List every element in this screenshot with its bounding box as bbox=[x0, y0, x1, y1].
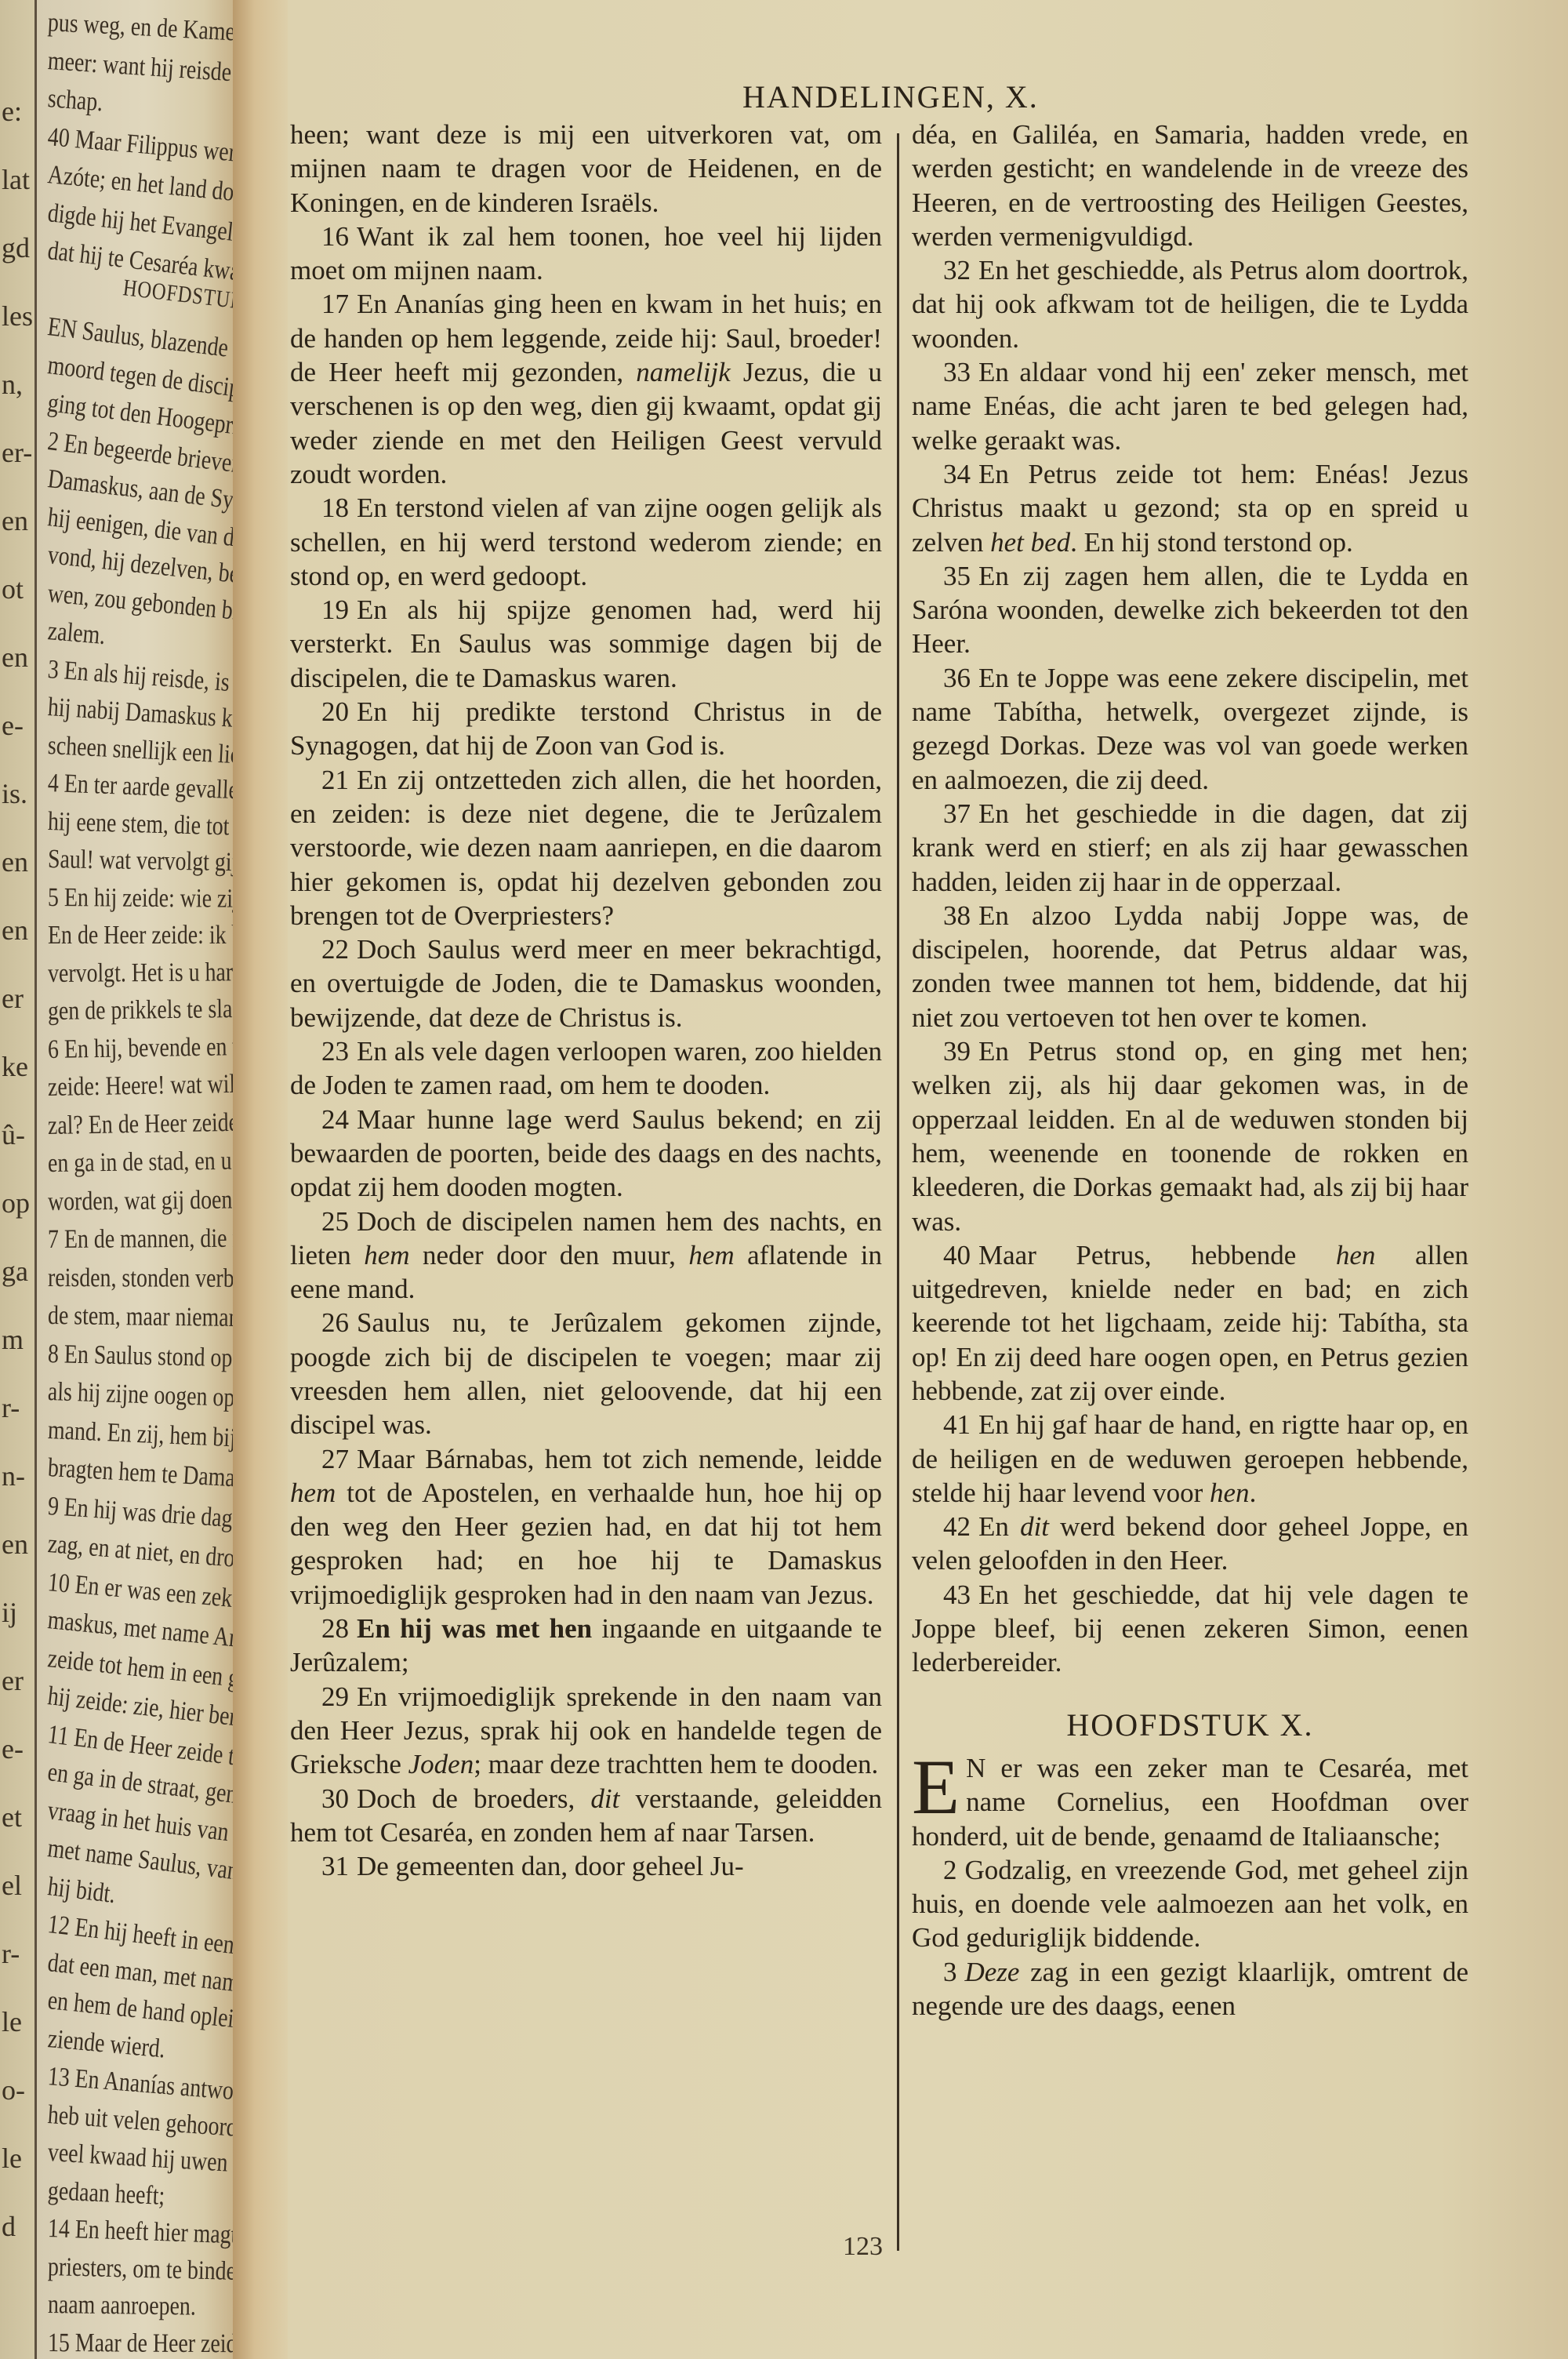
column-rule bbox=[897, 133, 899, 2251]
verse: 31De gemeenten dan, door geheel Ju- bbox=[290, 1849, 882, 1883]
verse-text: heen; want deze is mij een uitverkoren v… bbox=[290, 119, 882, 218]
verse-number: 33 bbox=[943, 357, 971, 387]
curled-page-line: 8 En Saulus stond op van de bbox=[48, 1339, 233, 1375]
verse-number: 3 bbox=[943, 1957, 957, 1987]
previous-page-fragment: et bbox=[2, 1800, 22, 1834]
curled-page-line: 14 En heeft hier magt van bbox=[47, 2214, 233, 2252]
verse: 24Maar hunne lage werd Saulus bekend; en… bbox=[290, 1103, 882, 1205]
italic-text: hen bbox=[1336, 1240, 1376, 1270]
verse-text: tot de Apostelen, en verhaalde hun, hoe … bbox=[290, 1478, 882, 1610]
previous-page-fragment: e- bbox=[2, 708, 24, 743]
previous-page-fragment: e- bbox=[2, 1732, 24, 1766]
verse: 43En het geschiedde, dat hij vele dagen … bbox=[912, 1578, 1468, 1680]
previous-page-fragment: is. bbox=[2, 776, 27, 811]
verse-text: Maar Petrus, hebbende bbox=[978, 1240, 1336, 1270]
verse-number: 31 bbox=[321, 1851, 349, 1881]
drop-cap: E bbox=[912, 1756, 960, 1819]
verse: 28En hij was met hen ingaande en uitgaan… bbox=[290, 1612, 882, 1680]
curled-page-line: En de Heer zeide: ik ben Jezus bbox=[48, 921, 233, 951]
previous-page-fragment: op bbox=[2, 1186, 30, 1220]
verse-text: En hij gaf haar de hand, en rigtte haar … bbox=[912, 1409, 1468, 1508]
curled-page-line: zal? En de Heer zeide tot hem: bbox=[48, 1107, 233, 1141]
verse-text: Doch de broeders, bbox=[357, 1783, 590, 1814]
verse: 40Maar Petrus, hebbende hen allen uitged… bbox=[912, 1238, 1468, 1408]
previous-page-fragment: le bbox=[2, 2141, 22, 2175]
verse-text: En het geschiedde, dat hij vele dagen te… bbox=[912, 1579, 1468, 1678]
verse-text: Godzalig, en vreezende God, met geheel z… bbox=[912, 1855, 1468, 1954]
verse-text: neder door den muur, bbox=[410, 1240, 689, 1270]
previous-page-fragment: r- bbox=[2, 1936, 20, 1971]
previous-page-fragment: er bbox=[2, 981, 24, 1016]
curled-page-line: 9 En hij was drie dagen, bbox=[47, 1492, 233, 1536]
previous-page-fragment: û- bbox=[2, 1118, 25, 1152]
curled-page-line: gen de prikkels te slaan. bbox=[48, 994, 233, 1027]
verse-text: En Petrus stond op, en ging met hen; wel… bbox=[912, 1036, 1468, 1236]
verse-text: déa, en Galiléa, en Samaria, hadden vred… bbox=[912, 119, 1468, 252]
verse-text: . bbox=[1250, 1478, 1257, 1508]
previous-page-fragment: er- bbox=[2, 435, 32, 470]
verse: 23En als vele dagen verloopen waren, zoo… bbox=[290, 1034, 882, 1103]
verse: EN er was een zeker man te Cesaréa, met … bbox=[912, 1751, 1468, 1853]
verse: 16Want ik zal hem toonen, hoe veel hij l… bbox=[290, 220, 882, 288]
verse: 30Doch de broeders, dit verstaande, gele… bbox=[290, 1782, 882, 1850]
curled-page-line: bragten hem te Damaskus. bbox=[47, 1453, 233, 1496]
verse-number: 37 bbox=[943, 798, 971, 829]
verse-text: De gemeenten dan, door geheel Ju- bbox=[357, 1851, 744, 1881]
curled-page-line: als hij zijne oogen opendeed, bbox=[47, 1377, 233, 1416]
verse-text: En zij ontzetteden zich allen, die het h… bbox=[290, 765, 882, 931]
curled-page-line: hij eene stem, die tot hem zeide: bbox=[47, 807, 233, 845]
curled-page-line: zalem. bbox=[46, 616, 106, 651]
italic-text: Joden bbox=[408, 1749, 474, 1779]
bible-page: HANDELINGEN, X. heen; want deze is mij e… bbox=[288, 0, 1568, 2359]
previous-page-fragment: n, bbox=[2, 367, 23, 402]
italic-text: namelijk bbox=[636, 357, 731, 387]
curled-page-line: naam aanroepen. bbox=[48, 2290, 196, 2322]
curled-page-line: 5 En hij zeide: wie zijt gij bbox=[48, 883, 233, 914]
verse-number: 21 bbox=[321, 765, 349, 795]
left-column: heen; want deze is mij een uitverkoren v… bbox=[290, 118, 882, 1883]
italic-text: hem bbox=[364, 1240, 409, 1270]
verse-number: 18 bbox=[321, 493, 349, 523]
previous-page-fragment: el bbox=[2, 1868, 22, 1903]
verse-number: 20 bbox=[321, 696, 349, 727]
right-column: déa, en Galiléa, en Samaria, hadden vred… bbox=[912, 118, 1468, 2023]
verse-text: Maar hunne lage werd Saulus bekend; en z… bbox=[290, 1104, 882, 1203]
verse-text: Saulus nu, te Jerûzalem gekomen zijnde, … bbox=[290, 1307, 882, 1440]
previous-page-fragment: n- bbox=[2, 1459, 25, 1493]
curled-page-line: gedaan heeft; bbox=[47, 2176, 165, 2212]
verse-number: 43 bbox=[943, 1579, 971, 1610]
verse-text: En hij predikte terstond Christus in de … bbox=[290, 696, 882, 761]
verse-text: Want ik zal hem toonen, hoe veel hij lij… bbox=[290, 221, 882, 285]
verse-number: 27 bbox=[321, 1444, 349, 1474]
verse: 22Doch Saulus werd meer en meer bekracht… bbox=[290, 932, 882, 1034]
previous-page-fragment: le bbox=[2, 2005, 22, 2039]
previous-page-fragment: o- bbox=[2, 2073, 25, 2107]
curled-previous-page: pus weg, en de Kamerling zag hem nietmee… bbox=[37, 0, 233, 2359]
verse-text: N er was een zeker man te Cesaréa, met n… bbox=[912, 1753, 1468, 1852]
previous-page-fragment: ij bbox=[2, 1595, 17, 1630]
verse-number: 30 bbox=[321, 1783, 349, 1814]
verse: 34En Petrus zeide tot hem: Enéas! Jezus … bbox=[912, 457, 1468, 559]
verse-text: En als hij spijze genomen had, werd hij … bbox=[290, 594, 882, 693]
verse: 42En dit werd bekend door geheel Joppe, … bbox=[912, 1510, 1468, 1578]
verse-text: En terstond vielen af van zijne oogen ge… bbox=[290, 493, 882, 591]
verse-number: 17 bbox=[321, 289, 349, 319]
previous-page-fragment: en bbox=[2, 845, 28, 879]
verse-text: Maar Bárnabas, hem tot zich nemende, lei… bbox=[357, 1444, 882, 1474]
verse-text: En als vele dagen verloopen waren, zoo h… bbox=[290, 1036, 882, 1100]
verse: 37En het geschiedde in die dagen, dat zi… bbox=[912, 797, 1468, 899]
curled-page-line: en ga in de stad, en u zal gezegd bbox=[48, 1145, 233, 1179]
curled-page-line: zeide: Heere! wat wilt gij, dat bbox=[48, 1068, 233, 1103]
verse-text: En bbox=[978, 1511, 1020, 1542]
page-number: 123 bbox=[843, 2232, 883, 2262]
verse-number: 23 bbox=[321, 1036, 349, 1067]
verse-text: En het geschiedde in die dagen, dat zij … bbox=[912, 798, 1468, 897]
verse: 20En hij predikte terstond Christus in d… bbox=[290, 695, 882, 763]
curled-page-line: worden, wat gij doen moet. bbox=[48, 1184, 233, 1216]
verse-number: 28 bbox=[321, 1613, 349, 1644]
curled-page-line: priesters, om te binden allen bbox=[48, 2252, 233, 2288]
running-head: HANDELINGEN, X. bbox=[742, 78, 1039, 115]
italic-text: hen bbox=[1210, 1478, 1250, 1508]
previous-page-fragment: en bbox=[2, 503, 28, 538]
italic-text: Deze bbox=[965, 1957, 1020, 1987]
verse: 18En terstond vielen af van zijne oogen … bbox=[290, 491, 882, 593]
verse: 36En te Joppe was eene zekere discipelin… bbox=[912, 661, 1468, 797]
verse-number: 22 bbox=[321, 934, 349, 965]
previous-page-fragment: les bbox=[2, 299, 33, 333]
verse: 25Doch de discipelen namen hem des nacht… bbox=[290, 1205, 882, 1307]
verse-number: 32 bbox=[943, 255, 971, 285]
verse: 2Godzalig, en vreezende God, met geheel … bbox=[912, 1853, 1468, 1955]
verse-text: En zij zagen hem allen, die te Lydda en … bbox=[912, 561, 1468, 660]
verse-number: 39 bbox=[943, 1036, 971, 1067]
verse: 17En Ananías ging heen en kwam in het hu… bbox=[290, 287, 882, 491]
verse-number: 16 bbox=[321, 221, 349, 252]
verse: 19En als hij spijze genomen had, werd hi… bbox=[290, 593, 882, 695]
verse-number: 2 bbox=[943, 1855, 957, 1885]
verse-text: En te Joppe was eene zekere discipelin, … bbox=[912, 663, 1468, 795]
curled-page-line: mand. En zij, hem bij de hand bbox=[47, 1416, 233, 1457]
verse: 21En zij ontzetteden zich allen, die het… bbox=[290, 763, 882, 932]
verse: déa, en Galiléa, en Samaria, hadden vred… bbox=[912, 118, 1468, 253]
verse-number: 25 bbox=[321, 1206, 349, 1237]
verse-text: Doch Saulus werd meer en meer bekrachtig… bbox=[290, 934, 882, 1033]
verse-number: 42 bbox=[943, 1511, 971, 1542]
curled-page-line: schap. bbox=[47, 84, 104, 118]
verse: 39En Petrus stond op, en ging met hen; w… bbox=[912, 1034, 1468, 1238]
italic-text: hem bbox=[688, 1240, 734, 1270]
verse: 41En hij gaf haar de hand, en rigtte haa… bbox=[912, 1408, 1468, 1510]
book-gutter bbox=[233, 0, 288, 2359]
verse-number: 36 bbox=[943, 663, 971, 693]
curled-page-line: 4 En ter aarde gevallen zijnde, bbox=[47, 769, 233, 809]
curled-page-line: de stem, maar niemand ziende. bbox=[48, 1301, 233, 1334]
verse-number: 38 bbox=[943, 900, 971, 931]
italic-text: het bed bbox=[990, 527, 1070, 558]
verse-number: 24 bbox=[321, 1104, 349, 1135]
verse-text: En aldaar vond hij een' zeker mensch, me… bbox=[912, 357, 1468, 456]
curled-page-line: 6 En hij, bevende en verbaasd bbox=[48, 1030, 233, 1064]
previous-page-fragment: e: bbox=[2, 94, 22, 129]
curled-page-line: hij bidt. bbox=[46, 1872, 118, 1910]
verse: 26Saulus nu, te Jerûzalem gekomen zijnde… bbox=[290, 1306, 882, 1441]
previous-page-fragment: gd bbox=[2, 231, 30, 265]
previous-page-fragment: r- bbox=[2, 1390, 20, 1425]
italic-text: dit bbox=[590, 1783, 619, 1814]
verse-number: 41 bbox=[943, 1409, 971, 1440]
italic-text: hem bbox=[290, 1478, 336, 1508]
previous-page-fragment: lat bbox=[2, 162, 30, 197]
previous-page-edge: e:latgdlesn,er-enotene-is.enenerkeû-opga… bbox=[0, 0, 34, 2359]
verse-number: 29 bbox=[321, 1681, 349, 1712]
verse: 35En zij zagen hem allen, die te Lydda e… bbox=[912, 559, 1468, 661]
previous-page-fragment: en bbox=[2, 1527, 28, 1561]
curled-page-line: 15 Maar de Heer zeide tot bbox=[48, 2328, 233, 2359]
previous-page-fragment: en bbox=[2, 640, 28, 674]
verse: 32En het geschiedde, als Petrus alom doo… bbox=[912, 253, 1468, 355]
previous-page-fragment: m bbox=[2, 1322, 24, 1357]
chapter-heading: HOOFDSTUK X. bbox=[912, 1708, 1468, 1742]
verse: 3Deze zag in een gezigt klaarlijk, omtre… bbox=[912, 1955, 1468, 2023]
verse: 29En vrijmoediglijk sprekende in den naa… bbox=[290, 1680, 882, 1782]
verse-number: 35 bbox=[943, 561, 971, 591]
verse-text: ; maar deze trachtten hem te dooden. bbox=[474, 1749, 878, 1779]
bold-text: En hij was met hen bbox=[357, 1613, 592, 1644]
curled-page-line: 7 En de mannen, die met hem bbox=[48, 1223, 233, 1255]
verse-number: 34 bbox=[943, 459, 971, 489]
curled-page-line: reisden, stonden verbaasd, hoorende bbox=[48, 1263, 233, 1294]
curled-page-line: ziende wierd. bbox=[46, 2024, 166, 2064]
verse-text: En alzoo Lydda nabij Joppe was, de disci… bbox=[912, 900, 1468, 1033]
verse-number: 40 bbox=[943, 1240, 971, 1270]
verse-text: . En hij stond terstond op. bbox=[1070, 527, 1353, 558]
previous-page-fragment: er bbox=[2, 1663, 24, 1698]
verse: 27Maar Bárnabas, hem tot zich nemende, l… bbox=[290, 1442, 882, 1612]
previous-page-fragment: ga bbox=[2, 1254, 28, 1289]
verse-number: 19 bbox=[321, 594, 349, 625]
curled-page-line: Saul! wat vervolgt gij mij! bbox=[48, 845, 233, 878]
previous-page-fragment: en bbox=[2, 913, 28, 947]
curled-page-line: vervolgt. Het is u hard, de verzenen bbox=[48, 957, 233, 989]
verse-text: En het geschiedde, als Petrus alom doort… bbox=[912, 255, 1468, 354]
curled-page-line: veel kwaad hij uwen heiligen bbox=[47, 2138, 233, 2183]
italic-text: dit bbox=[1020, 1511, 1049, 1542]
verse: 38En alzoo Lydda nabij Joppe was, de dis… bbox=[912, 899, 1468, 1034]
verse-number: 26 bbox=[321, 1307, 349, 1338]
verse: heen; want deze is mij een uitverkoren v… bbox=[290, 118, 882, 220]
previous-page-fragment: d bbox=[2, 2209, 16, 2244]
previous-page-fragment: ot bbox=[2, 572, 24, 606]
curled-page-line: scheen snellijk een licht van den bbox=[47, 731, 233, 775]
verse: 33En aldaar vond hij een' zeker mensch, … bbox=[912, 355, 1468, 457]
previous-page-fragment: ke bbox=[2, 1049, 28, 1084]
